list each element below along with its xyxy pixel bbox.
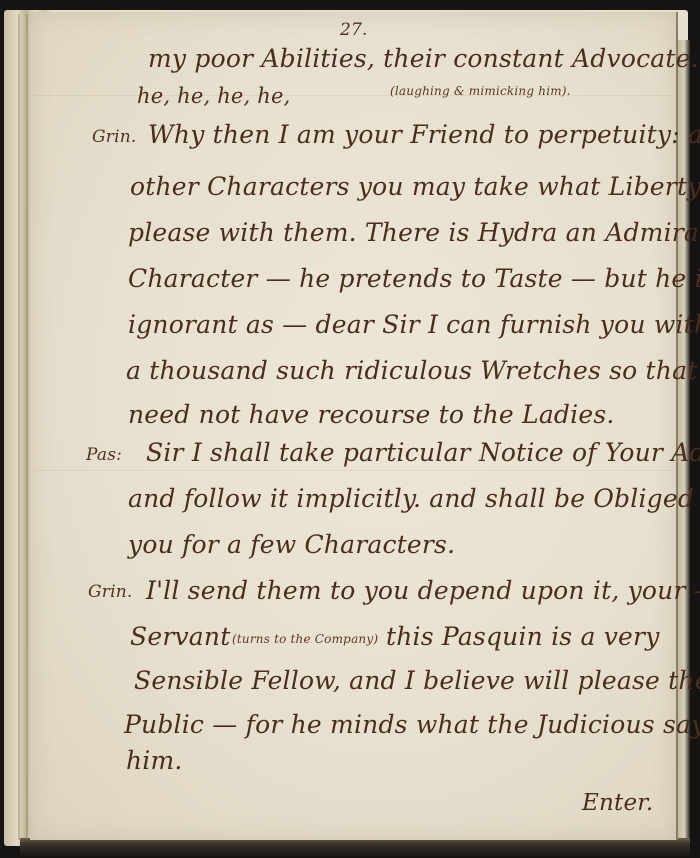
manuscript-line: need not have recourse to the Ladies. bbox=[128, 400, 615, 429]
manuscript-line: this Pasquin is a very bbox=[386, 622, 660, 651]
page-number: 27. bbox=[340, 20, 368, 40]
manuscript-line: him. bbox=[126, 746, 183, 775]
manuscript-line: and follow it implicitly. and shall be O… bbox=[128, 484, 700, 513]
speaker-label: Grin. bbox=[88, 582, 133, 602]
manuscript-line: I'll send them to you depend upon it, yo… bbox=[146, 576, 700, 605]
page-edge-line bbox=[18, 14, 20, 840]
manuscript-line: my poor Abilities, their constant Advoca… bbox=[148, 44, 699, 73]
manuscript-line: Why then I am your Friend to perpetuity:… bbox=[148, 120, 700, 149]
page-edge-line bbox=[26, 14, 28, 840]
paper-rule bbox=[34, 470, 674, 471]
manuscript-line: Public — for he minds what the Judicious… bbox=[124, 710, 700, 739]
stage-cue: Enter. bbox=[582, 790, 653, 816]
manuscript-line: please with them. There is Hydra an Admi… bbox=[128, 218, 700, 247]
manuscript-line: Character — he pretends to Taste — but h… bbox=[128, 264, 700, 293]
stage-direction: (laughing & mimicking him). bbox=[390, 84, 571, 98]
manuscript-line: you for a few Characters. bbox=[128, 530, 455, 559]
manuscript-line: a thousand such ridiculous Wretches so t… bbox=[126, 356, 700, 385]
speaker-label: Pas: bbox=[86, 445, 122, 465]
speaker-label: Grin. bbox=[92, 127, 137, 147]
binding-shadow bbox=[20, 838, 690, 858]
manuscript-line: Servant bbox=[130, 622, 230, 651]
stage-direction: (turns to the Company) bbox=[232, 632, 378, 646]
paper-rule bbox=[34, 95, 674, 96]
manuscript-line: Sensible Fellow, and I believe will plea… bbox=[134, 666, 700, 695]
manuscript-line: Sir I shall take particular Notice of Yo… bbox=[146, 438, 700, 467]
manuscript-line: ignorant as — dear Sir I can furnish you… bbox=[128, 310, 700, 339]
manuscript-line: he, he, he, he, bbox=[137, 84, 291, 108]
manuscript-line: other Characters you may take what Liber… bbox=[130, 172, 700, 201]
